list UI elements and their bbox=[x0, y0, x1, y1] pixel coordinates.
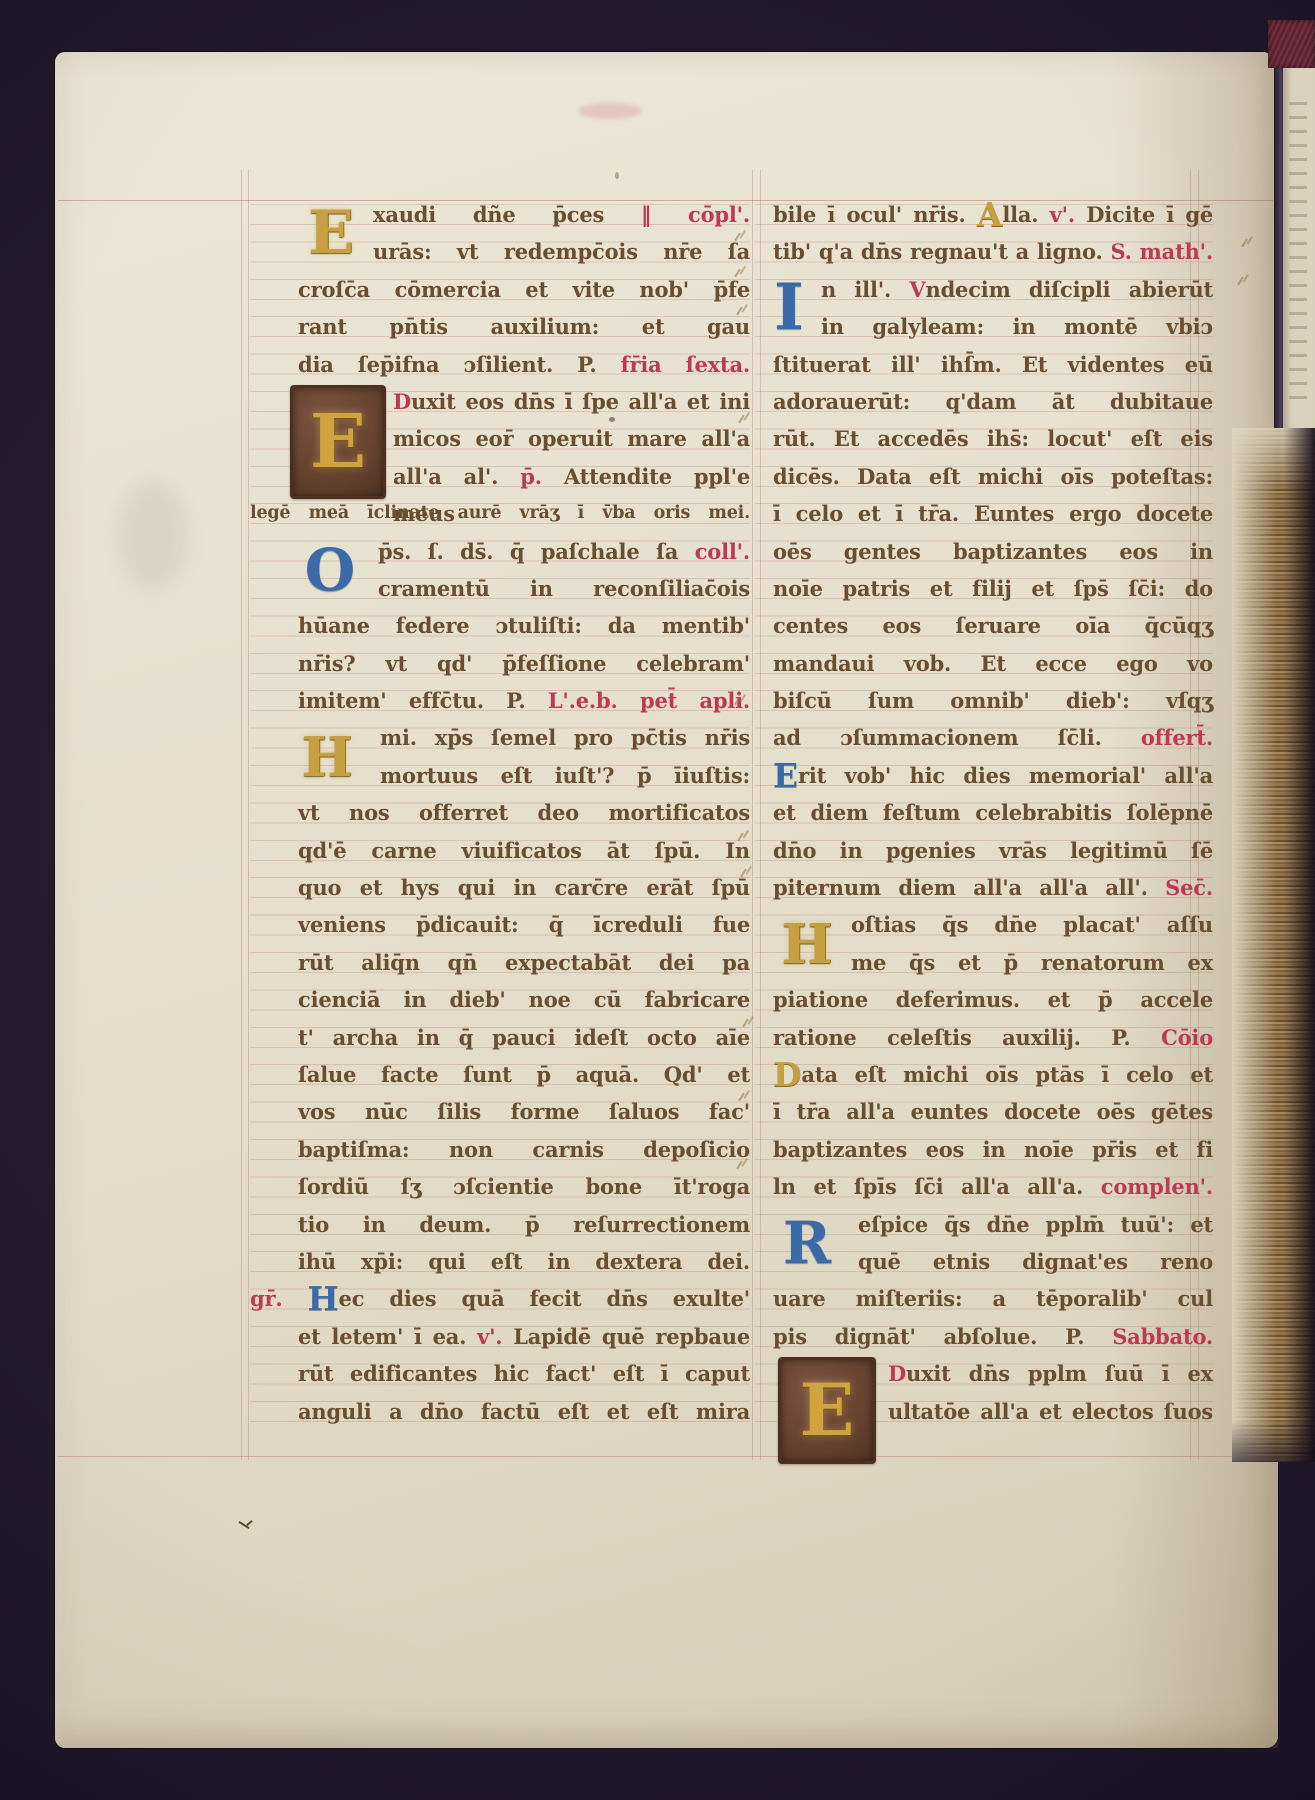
body-text: n ill'. bbox=[821, 277, 909, 302]
body-text: rūt. Et accedēs ihs̄: locut' eſt eis bbox=[773, 426, 1213, 451]
body-text: ata eſt michi oīs ptās ī celo et bbox=[801, 1062, 1213, 1087]
body-text: rūt edificantes hic fact' eſt ī caput bbox=[298, 1361, 750, 1386]
text-line: Erit vob' hic dies memorial' all'a bbox=[755, 757, 1213, 794]
rubric-text: cōpl'. bbox=[688, 202, 750, 227]
text-line: pis dignāt' abſolue. P. Sabbato. bbox=[755, 1318, 1213, 1355]
pen-mark bbox=[238, 1518, 254, 1532]
rubric-text: ‖ bbox=[641, 202, 688, 227]
body-text: uxit dn̄s pplm ſuū ī ex bbox=[906, 1361, 1213, 1386]
text-line: adorauerūt: q'dam āt dubitaue bbox=[755, 383, 1213, 420]
body-text: ī celo et ī tr̄a. Euntes ergo docete bbox=[773, 501, 1213, 526]
body-text: mi. xp̄s ſemel pro pc̄tis nr̄is bbox=[380, 725, 750, 750]
body-text: ſalue facte ſunt p̄ aquā. Qd' et bbox=[298, 1062, 750, 1087]
illuminated-initial-H: H bbox=[771, 909, 843, 980]
body-text: ihū xp̄i: qui eſt in dextera dei. bbox=[298, 1249, 750, 1274]
body-text: p̄s. ſ. ds̄. q̄ paſchale ſa bbox=[378, 539, 695, 564]
body-text: ad ɔſummacionem ſc̄li. bbox=[773, 725, 1141, 750]
bookmark-ribbon bbox=[1268, 20, 1315, 68]
rubric-text: offert̄. bbox=[1141, 725, 1213, 750]
body-text: mandaui vob. Et ecce ego vo bbox=[773, 651, 1213, 676]
rubric-text: D bbox=[393, 389, 411, 414]
text-line: gr̄. Hec dies quā fecit dn̄s exulte' bbox=[250, 1280, 750, 1317]
rubric-text: V bbox=[909, 277, 925, 302]
text-line: ratione celeſtis auxilij. P. Cōio bbox=[755, 1019, 1213, 1056]
manuscript-photo: xaudi dñe p̄ces ‖ cōpl'.urās: vt redempc… bbox=[0, 0, 1315, 1800]
rubric-text: fr̄ia ſexta. bbox=[621, 352, 750, 377]
text-line: t' archa in q̄ pauci ideſt octo aīe bbox=[250, 1019, 750, 1056]
body-text: centes eos ſeruare oīa q̄cūqʒ bbox=[773, 613, 1213, 638]
illuminated-initial-O: O bbox=[295, 535, 365, 606]
body-text: ſtituerat ill' ihſ̄m. Et videntes eū bbox=[773, 352, 1213, 377]
rubric-text: coll'. bbox=[695, 539, 750, 564]
text-line: tio in deum. p̄ reſurrectionem bbox=[250, 1206, 750, 1243]
body-text: xaudi dñe p̄ces bbox=[373, 202, 641, 227]
body-text: noīe patris et filij et ſps̄ ſc̄i: do bbox=[773, 576, 1213, 601]
text-line: ihū xp̄i: qui eſt in dextera dei. bbox=[250, 1243, 750, 1280]
body-text: cienciā in dieb' noe cū fabricare bbox=[298, 987, 750, 1012]
body-text: piatione deferimus. et p̄ accele bbox=[773, 987, 1213, 1012]
text-line: tib' q'a dn̄s regnau't a ligno. S. math'… bbox=[755, 233, 1213, 270]
illuminated-initial-E: E bbox=[290, 385, 386, 499]
text-line: rant pn̄tis auxilium: et gau bbox=[250, 308, 750, 345]
text-line: uare miſteriis: a tēporalib' cul bbox=[755, 1280, 1213, 1317]
body-text: dicēs. Data eſt michi oīs poteſtas: bbox=[773, 464, 1213, 489]
body-text: anguli a dn̄o factū eſt et eſt mira bbox=[298, 1399, 750, 1424]
body-text: eſpice q̄s dn̄e pplm̄ tuū': et bbox=[858, 1212, 1213, 1237]
body-text: uxit eos dn̄s ī ſpe all'a et ini bbox=[411, 389, 750, 414]
parchment-speck bbox=[615, 172, 619, 179]
text-line: piatione deferimus. et p̄ accele bbox=[755, 981, 1213, 1018]
body-text: ultatōe all'a et electos ſuos bbox=[888, 1399, 1213, 1424]
body-text: ratione celeſtis auxilij. P. bbox=[773, 1025, 1161, 1050]
illuminated-initial-E: E bbox=[778, 1357, 876, 1464]
body-text: bile ī ocul' nr̄is. bbox=[773, 202, 977, 227]
text-line: piternum diem all'a all'a all'. Sec̄. bbox=[755, 869, 1213, 906]
rubric-text: complen'. bbox=[1101, 1174, 1213, 1199]
body-text: pis dignāt' abſolue. P. bbox=[773, 1324, 1112, 1349]
text-line: n ill'. Vndecim diſcipli abierūt bbox=[755, 271, 1213, 308]
body-text: quo et hys qui in carc̄re erāt ſpū bbox=[298, 875, 750, 900]
body-text: veniens p̄dicauit: q̄ īcreduli fue bbox=[298, 912, 750, 937]
body-text: croſc̄a cōmercia et vite nob' p̄fe bbox=[298, 277, 750, 302]
body-text: micos eor̄ operuit mare all'a bbox=[393, 426, 750, 451]
body-text: et diem feſtum celebrabitis ſolēpnē bbox=[773, 800, 1213, 825]
panel-letter: E bbox=[310, 399, 366, 485]
rubric-text: Sec̄. bbox=[1165, 875, 1213, 900]
text-line: ī celo et ī tr̄a. Euntes ergo docete bbox=[755, 495, 1213, 532]
inline-initial: A bbox=[977, 195, 1002, 234]
body-text: baptiſma: non carnis depoſicio bbox=[298, 1137, 750, 1162]
illuminated-initial-I: I bbox=[767, 273, 811, 344]
text-line: qd'ē carne viuificatos āt ſpū. In bbox=[250, 832, 750, 869]
rubric-text: S. math'. bbox=[1110, 239, 1213, 264]
body-text: oſtias q̄s dn̄e placat' aſſu bbox=[851, 912, 1213, 937]
body-text: cramentū in reconſiliac̄ois bbox=[378, 576, 750, 601]
next-page-edge bbox=[1283, 62, 1315, 434]
rubric-text: Cōio bbox=[1161, 1025, 1213, 1050]
text-line: in galyleam: in montē vbiɔ bbox=[755, 308, 1213, 345]
body-text: mortuus eſt iuſt'? p̄ īiuſtis: bbox=[380, 763, 750, 788]
text-line: imitem' effc̄tu. P. L'.e.b. pet̄ apli. bbox=[250, 682, 750, 719]
body-text: Dicite ī gē bbox=[1086, 202, 1213, 227]
body-text: oēs gentes baptizantes eos in bbox=[773, 539, 1213, 564]
text-line: vt nos offerret deo mortificatos bbox=[250, 794, 750, 831]
panel-letter: E bbox=[800, 1367, 855, 1452]
body-text: vt nos offerret deo mortificatos bbox=[298, 800, 750, 825]
body-text: hūane federe ɔtuliſti: da mentib' bbox=[298, 613, 750, 638]
text-line: baptiſma: non carnis depoſicio bbox=[250, 1131, 750, 1168]
text-line: dia ſep̄ifna ɔſilient. P. fr̄ia ſexta. bbox=[250, 346, 750, 383]
rubric-text: v'. bbox=[477, 1324, 513, 1349]
body-text: et letem' ī ea. bbox=[298, 1324, 477, 1349]
text-line: veniens p̄dicauit: q̄ īcreduli fue bbox=[250, 906, 750, 943]
body-text: urās: vt redempc̄ois nr̄e ſa bbox=[373, 239, 750, 264]
text-line: Data eſt michi oīs ptās ī celo et bbox=[755, 1056, 1213, 1093]
ruling-line-vertical bbox=[248, 170, 249, 1460]
rubric-text: v'. bbox=[1050, 202, 1087, 227]
body-text: ec dies quā fecit dn̄s exulte' bbox=[339, 1286, 750, 1311]
ruling-line-vertical bbox=[241, 170, 242, 1460]
body-text: all'a al'. bbox=[393, 464, 520, 489]
body-text: lla. bbox=[1002, 202, 1049, 227]
text-line: rūt. Et accedēs ihs̄: locut' eſt eis bbox=[755, 420, 1213, 457]
body-text: dia ſep̄ifna ɔſilient. P. bbox=[298, 352, 621, 377]
body-text: dn̄o in pgenies vrās legitimū ſē bbox=[773, 838, 1213, 863]
text-line: legē meā īclinate aurē vrāʒ ī v̄ba oris … bbox=[250, 495, 750, 532]
body-text: rit vob' hic dies memorial' all'a bbox=[798, 763, 1213, 788]
rubric-text: D bbox=[888, 1361, 906, 1386]
rubric-text: Sabbato. bbox=[1112, 1324, 1213, 1349]
text-line: ſordiū ſʒ ɔſcientie bone īt'roga bbox=[250, 1168, 750, 1205]
body-text: rant pn̄tis auxilium: et gau bbox=[298, 314, 750, 339]
body-text: ndecim diſcipli abierūt bbox=[926, 277, 1214, 302]
body-text: biſcū ſum omnib' dieb': vſqʒ bbox=[773, 688, 1213, 713]
inline-initial: D bbox=[773, 1055, 801, 1094]
illuminated-initial-H: H bbox=[290, 722, 364, 793]
text-line: ſtituerat ill' ihſ̄m. Et videntes eū bbox=[755, 346, 1213, 383]
text-line: mandaui vob. Et ecce ego vo bbox=[755, 645, 1213, 682]
body-text: imitem' effc̄tu. P. bbox=[298, 688, 548, 713]
body-text: adorauerūt: q'dam āt dubitaue bbox=[773, 389, 1213, 414]
ink-smudge bbox=[578, 103, 642, 119]
text-line: cienciā in dieb' noe cū fabricare bbox=[250, 981, 750, 1018]
illuminated-initial-E: E bbox=[298, 198, 364, 269]
text-column-left: xaudi dñe p̄ces ‖ cōpl'.urās: vt redempc… bbox=[250, 196, 750, 1430]
text-line: quo et hys qui in carc̄re erāt ſpū bbox=[250, 869, 750, 906]
body-text: uare miſteriis: a tēporalib' cul bbox=[773, 1286, 1213, 1311]
inline-initial: E bbox=[773, 756, 798, 795]
body-text: legē meā īclinate aurē vrāʒ ī v̄ba oris … bbox=[250, 503, 750, 523]
text-line: oēs gentes baptizantes eos in bbox=[755, 533, 1213, 570]
text-line: ln et ſpīs ſc̄i all'a all'a. complen'. bbox=[755, 1168, 1213, 1205]
rubric-text: p̄. bbox=[520, 464, 564, 489]
body-text: tio in deum. p̄ reſurrectionem bbox=[298, 1212, 750, 1237]
body-text: Lapidē quē repbaue bbox=[513, 1324, 750, 1349]
body-text: t' archa in q̄ pauci ideſt octo aīe bbox=[298, 1025, 750, 1050]
body-text: ſordiū ſʒ ɔſcientie bone īt'roga bbox=[298, 1174, 750, 1199]
inline-initial: H bbox=[308, 1279, 339, 1318]
text-line: noīe patris et filij et ſps̄ ſc̄i: do bbox=[755, 570, 1213, 607]
body-text: vos nūc ſilis forme ſaluos fac' bbox=[298, 1099, 750, 1124]
body-text: quē etnis dignat'es reno bbox=[858, 1249, 1213, 1274]
text-line: centes eos ſeruare oīa q̄cūqʒ bbox=[755, 607, 1213, 644]
illuminated-initial-R: R bbox=[765, 1208, 849, 1279]
body-text: baptizantes eos in noīe pr̄is et fi bbox=[773, 1137, 1213, 1162]
text-line: ſalue facte ſunt p̄ aquā. Qd' et bbox=[250, 1056, 750, 1093]
text-line: biſcū ſum omnib' dieb': vſqʒ bbox=[755, 682, 1213, 719]
text-line: ī tr̄a all'a euntes docete oēs gētes bbox=[755, 1093, 1213, 1130]
text-line: bile ī ocul' nr̄is. Alla. v'. Dicite ī g… bbox=[755, 196, 1213, 233]
rubric-text: L'.e.b. pet̄ apli. bbox=[548, 688, 750, 713]
text-line: ad ɔſummacionem ſc̄li. offert̄. bbox=[755, 719, 1213, 756]
body-text: me q̄s et p̄ renatorum ex bbox=[851, 950, 1213, 975]
text-line: et diem feſtum celebrabitis ſolēpnē bbox=[755, 794, 1213, 831]
rubric-text: gr̄. bbox=[250, 1286, 308, 1311]
text-line: vos nūc ſilis forme ſaluos fac' bbox=[250, 1093, 750, 1130]
body-text: ln et ſpīs ſc̄i all'a all'a. bbox=[773, 1174, 1101, 1199]
text-line: croſc̄a cōmercia et vite nob' p̄fe bbox=[250, 271, 750, 308]
text-line: anguli a dn̄o factū eſt et eſt mira bbox=[250, 1393, 750, 1430]
text-line: et letem' ī ea. v'. Lapidē quē repbaue bbox=[250, 1318, 750, 1355]
ruling-line-vertical bbox=[752, 170, 753, 1460]
parchment-stain bbox=[118, 480, 188, 590]
body-text: piternum diem all'a all'a all'. bbox=[773, 875, 1165, 900]
body-text: nr̄is? vt qd' p̄feſſione celebram' bbox=[298, 651, 750, 676]
body-text: tib' q'a dn̄s regnau't a ligno. bbox=[773, 239, 1110, 264]
text-line: dn̄o in pgenies vrās legitimū ſē bbox=[755, 832, 1213, 869]
body-text: in galyleam: in montē vbiɔ bbox=[821, 314, 1213, 339]
body-text: rūt aliq̄n qn̄ expectabāt dei pa bbox=[298, 950, 750, 975]
body-text: qd'ē carne viuificatos āt ſpū. In bbox=[298, 838, 750, 863]
text-line: rūt edificantes hic fact' eſt ī caput bbox=[250, 1355, 750, 1392]
body-text: ī tr̄a all'a euntes docete oēs gētes bbox=[773, 1099, 1213, 1124]
text-line: nr̄is? vt qd' p̄feſſione celebram' bbox=[250, 645, 750, 682]
text-line: baptizantes eos in noīe pr̄is et fi bbox=[755, 1131, 1213, 1168]
text-line: rūt aliq̄n qn̄ expectabāt dei pa bbox=[250, 944, 750, 981]
book-fore-edge bbox=[1232, 428, 1315, 1462]
text-line: hūane federe ɔtuliſti: da mentib' bbox=[250, 607, 750, 644]
text-line: dicēs. Data eſt michi oīs poteſtas: bbox=[755, 458, 1213, 495]
